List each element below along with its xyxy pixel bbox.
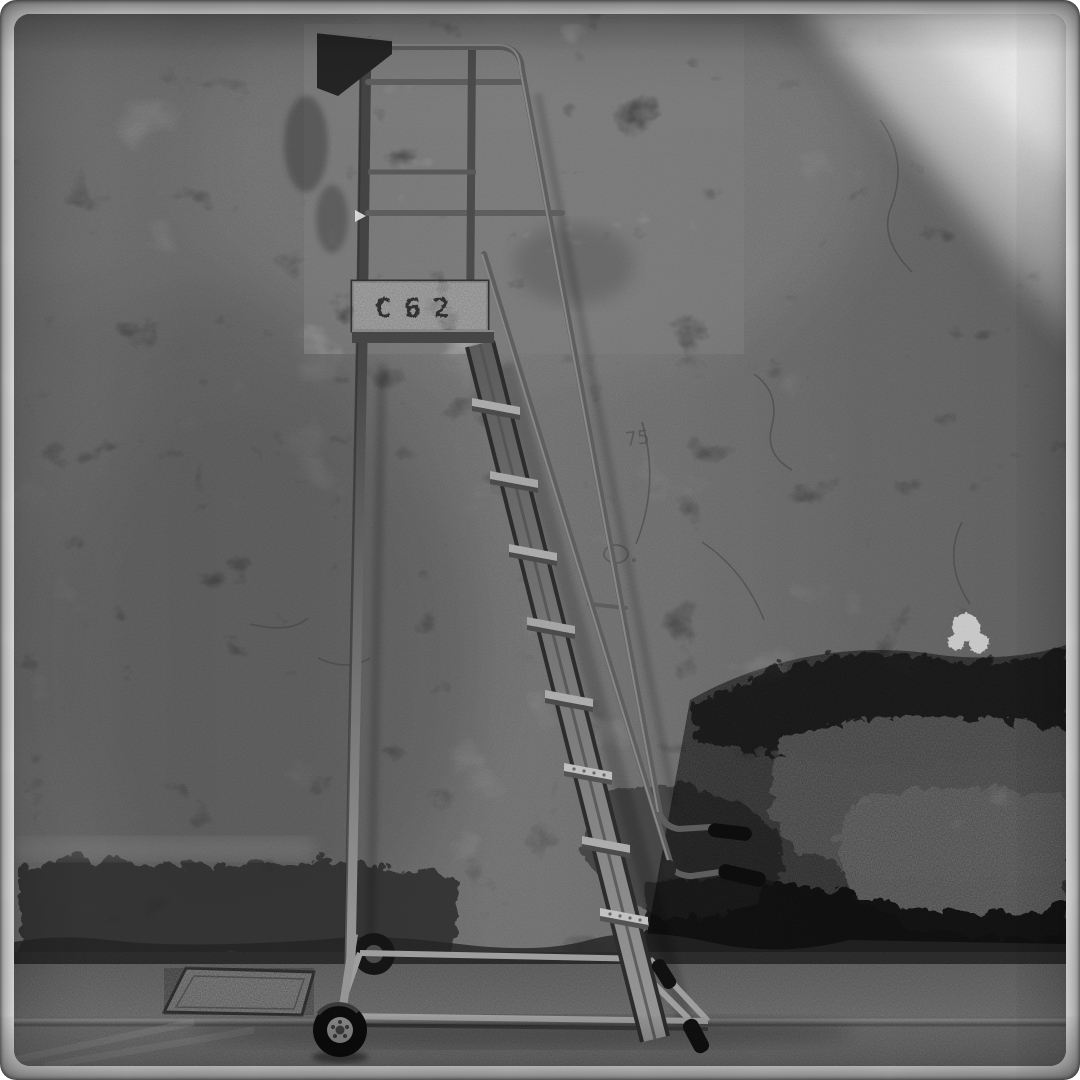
film-grain	[14, 14, 1066, 1066]
scene-svg: 75	[14, 14, 1066, 1066]
photo-frame: 75	[0, 0, 1080, 1080]
photograph: 75	[14, 14, 1066, 1066]
